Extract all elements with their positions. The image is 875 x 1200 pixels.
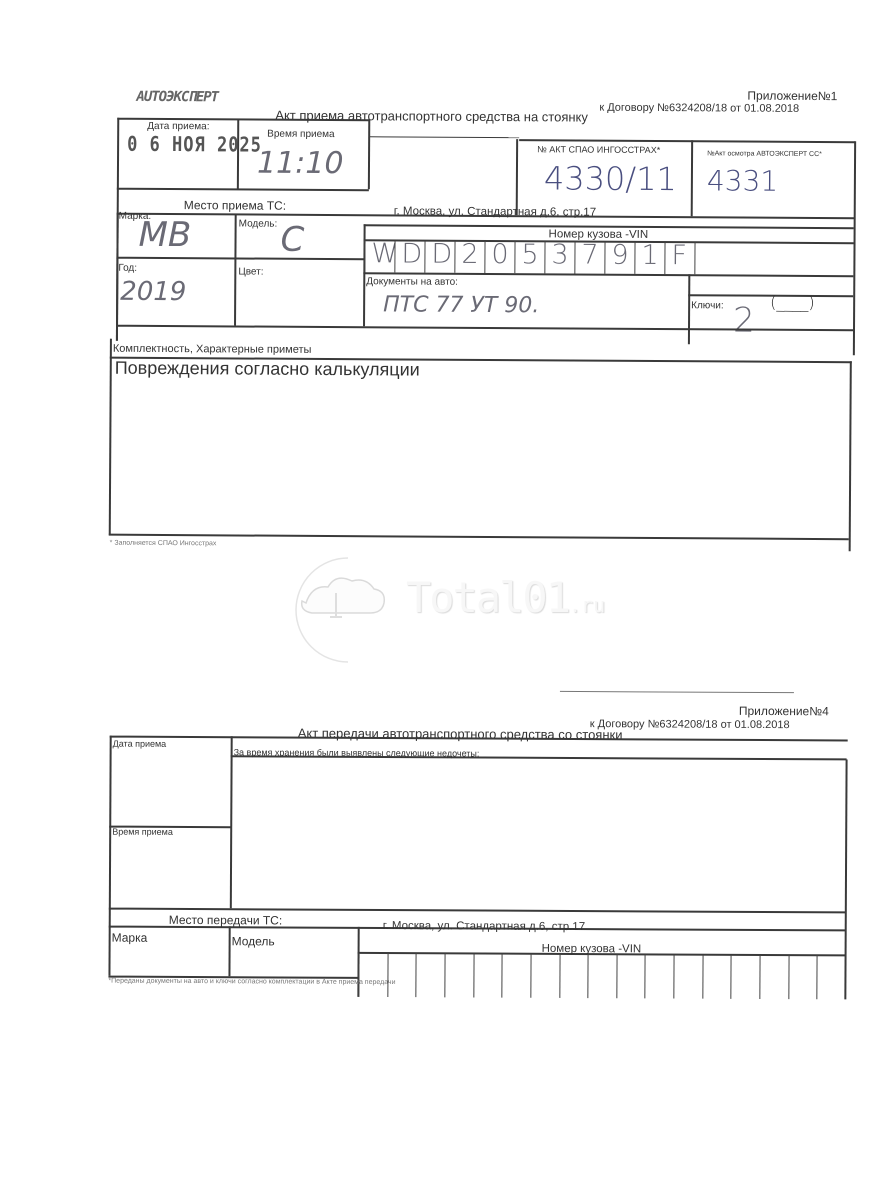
vin-char: F (671, 240, 687, 271)
vin-char-cell[interactable]: 1 (634, 242, 665, 274)
appendix-number: Приложение№1 (747, 89, 837, 104)
vin-char-cell[interactable] (788, 955, 818, 999)
brand-label: Марка (112, 931, 148, 945)
form-title: Акт передачи автотранспортного средства … (298, 726, 623, 743)
form-title: Акт приема автотранспортного средства на… (275, 108, 588, 125)
vin-char: 2 (461, 239, 478, 270)
vin-char-cell[interactable] (502, 954, 532, 998)
completeness-value[interactable]: Повреждения согласно калькуляции (115, 358, 420, 381)
release-act-form: Приложение№4 к Договору №6324208/18 от 0… (0, 680, 875, 1015)
vin-char-cell[interactable] (530, 954, 560, 998)
vin-char-cell[interactable]: D (424, 241, 455, 273)
vin-char-cell[interactable]: 5 (514, 241, 545, 273)
model-label: Модель (232, 934, 275, 948)
color-label: Цвет: (238, 266, 263, 277)
vin-cells: WDD2053791F (364, 240, 694, 274)
place-value: г. Москва, ул. Стандартная д.6, стр.17 (383, 920, 585, 933)
vin-char: 3 (551, 239, 568, 270)
vin-char-cell[interactable] (473, 953, 503, 997)
vin-char-cell[interactable] (759, 955, 789, 999)
inspection-act-value[interactable]: 4331 (707, 164, 778, 197)
vin-char: D (431, 239, 452, 270)
vin-char-cell[interactable]: 2 (454, 241, 485, 273)
vin-char-cell[interactable] (645, 954, 675, 998)
vin-char: 9 (611, 240, 628, 271)
keys-label: Ключи: (691, 300, 724, 311)
docs-label: Документы на авто: (366, 276, 458, 288)
docs-value[interactable]: ПТС 77 УТ 90. (383, 292, 539, 318)
date-stamp: 0 6 НОЯ 2025 (127, 133, 262, 158)
keys-value[interactable]: 2 (733, 300, 755, 340)
vin-char-cell[interactable]: W (364, 240, 395, 272)
brand-value[interactable]: MB (138, 215, 191, 255)
place-label: Место передачи ТС: (169, 913, 283, 928)
vin-char-cell[interactable]: F (664, 242, 695, 274)
completeness-label: Комплектность, Характерные приметы (113, 343, 312, 356)
vin-char-cell[interactable] (731, 955, 761, 999)
defects-area[interactable] (232, 757, 845, 910)
watermark: Total01.ru (288, 555, 608, 665)
year-value[interactable]: 2019 (120, 277, 186, 307)
vin-char-cell[interactable]: 9 (604, 242, 635, 274)
autoexpert-logo: AUTOЭКСПЕРТ (136, 89, 218, 105)
footnote: *Переданы документы на авто и ключи согл… (108, 978, 395, 987)
intake-act-form: AUTOЭКСПЕРТ Приложение№1 к Договору №632… (0, 0, 875, 565)
ingos-act-label: № АКТ СПАО ИНГОССТРАХ* (537, 144, 660, 155)
watermark-text: Total01.ru (406, 573, 605, 622)
vin-char-cell[interactable] (817, 955, 847, 999)
vin-char-cell[interactable] (444, 953, 474, 997)
footnote: * Заполняется СПАО Ингосстрах (110, 540, 217, 548)
vin-char: D (401, 238, 422, 269)
vin-char: 7 (581, 240, 598, 271)
vin-char-cell[interactable] (702, 955, 732, 999)
model-value[interactable]: C (280, 220, 304, 260)
vin-char-cell[interactable]: D (394, 240, 425, 272)
date-label: Дата приема: (147, 121, 209, 132)
vin-char: 1 (641, 240, 658, 271)
vin-char-cell[interactable] (358, 953, 388, 997)
appendix-number: Приложение№4 (739, 704, 829, 718)
ingos-act-value[interactable]: 4330/11 (544, 159, 677, 198)
vin-char: 0 (491, 239, 508, 270)
vin-char-cell[interactable] (588, 954, 618, 998)
place-value: г. Москва, ул. Стандартная д.6, стр.17 (394, 205, 596, 218)
vin-cells[interactable] (358, 953, 845, 1000)
vin-char-cell[interactable] (559, 954, 589, 998)
vin-char-cell[interactable]: 3 (544, 241, 575, 273)
keys-extra: (____) (770, 293, 815, 312)
place-label: Место приема ТС: (184, 198, 286, 213)
time-label: Время приема (112, 827, 173, 837)
date-label: Дата приема (113, 739, 167, 749)
vin-char-cell[interactable] (673, 955, 703, 999)
car-cloud-icon (288, 555, 398, 665)
vin-char-cell[interactable] (387, 953, 417, 997)
contract-reference: к Договору №6324208/18 от 01.08.2018 (599, 102, 799, 115)
vin-char-cell[interactable]: 7 (574, 242, 605, 274)
model-label: Модель: (239, 218, 278, 229)
time-value[interactable]: 11:10 (257, 146, 344, 182)
vin-char-cell[interactable] (416, 953, 446, 997)
vin-char-cell[interactable]: 0 (484, 241, 515, 273)
vin-char-cell[interactable] (616, 954, 646, 998)
inspection-act-label: №Акт осмотра АВТОЭКСПЕРТ СС* (707, 150, 822, 158)
vin-char: 5 (521, 239, 538, 270)
time-label: Время приема (267, 129, 334, 140)
year-label: Год: (118, 263, 137, 274)
